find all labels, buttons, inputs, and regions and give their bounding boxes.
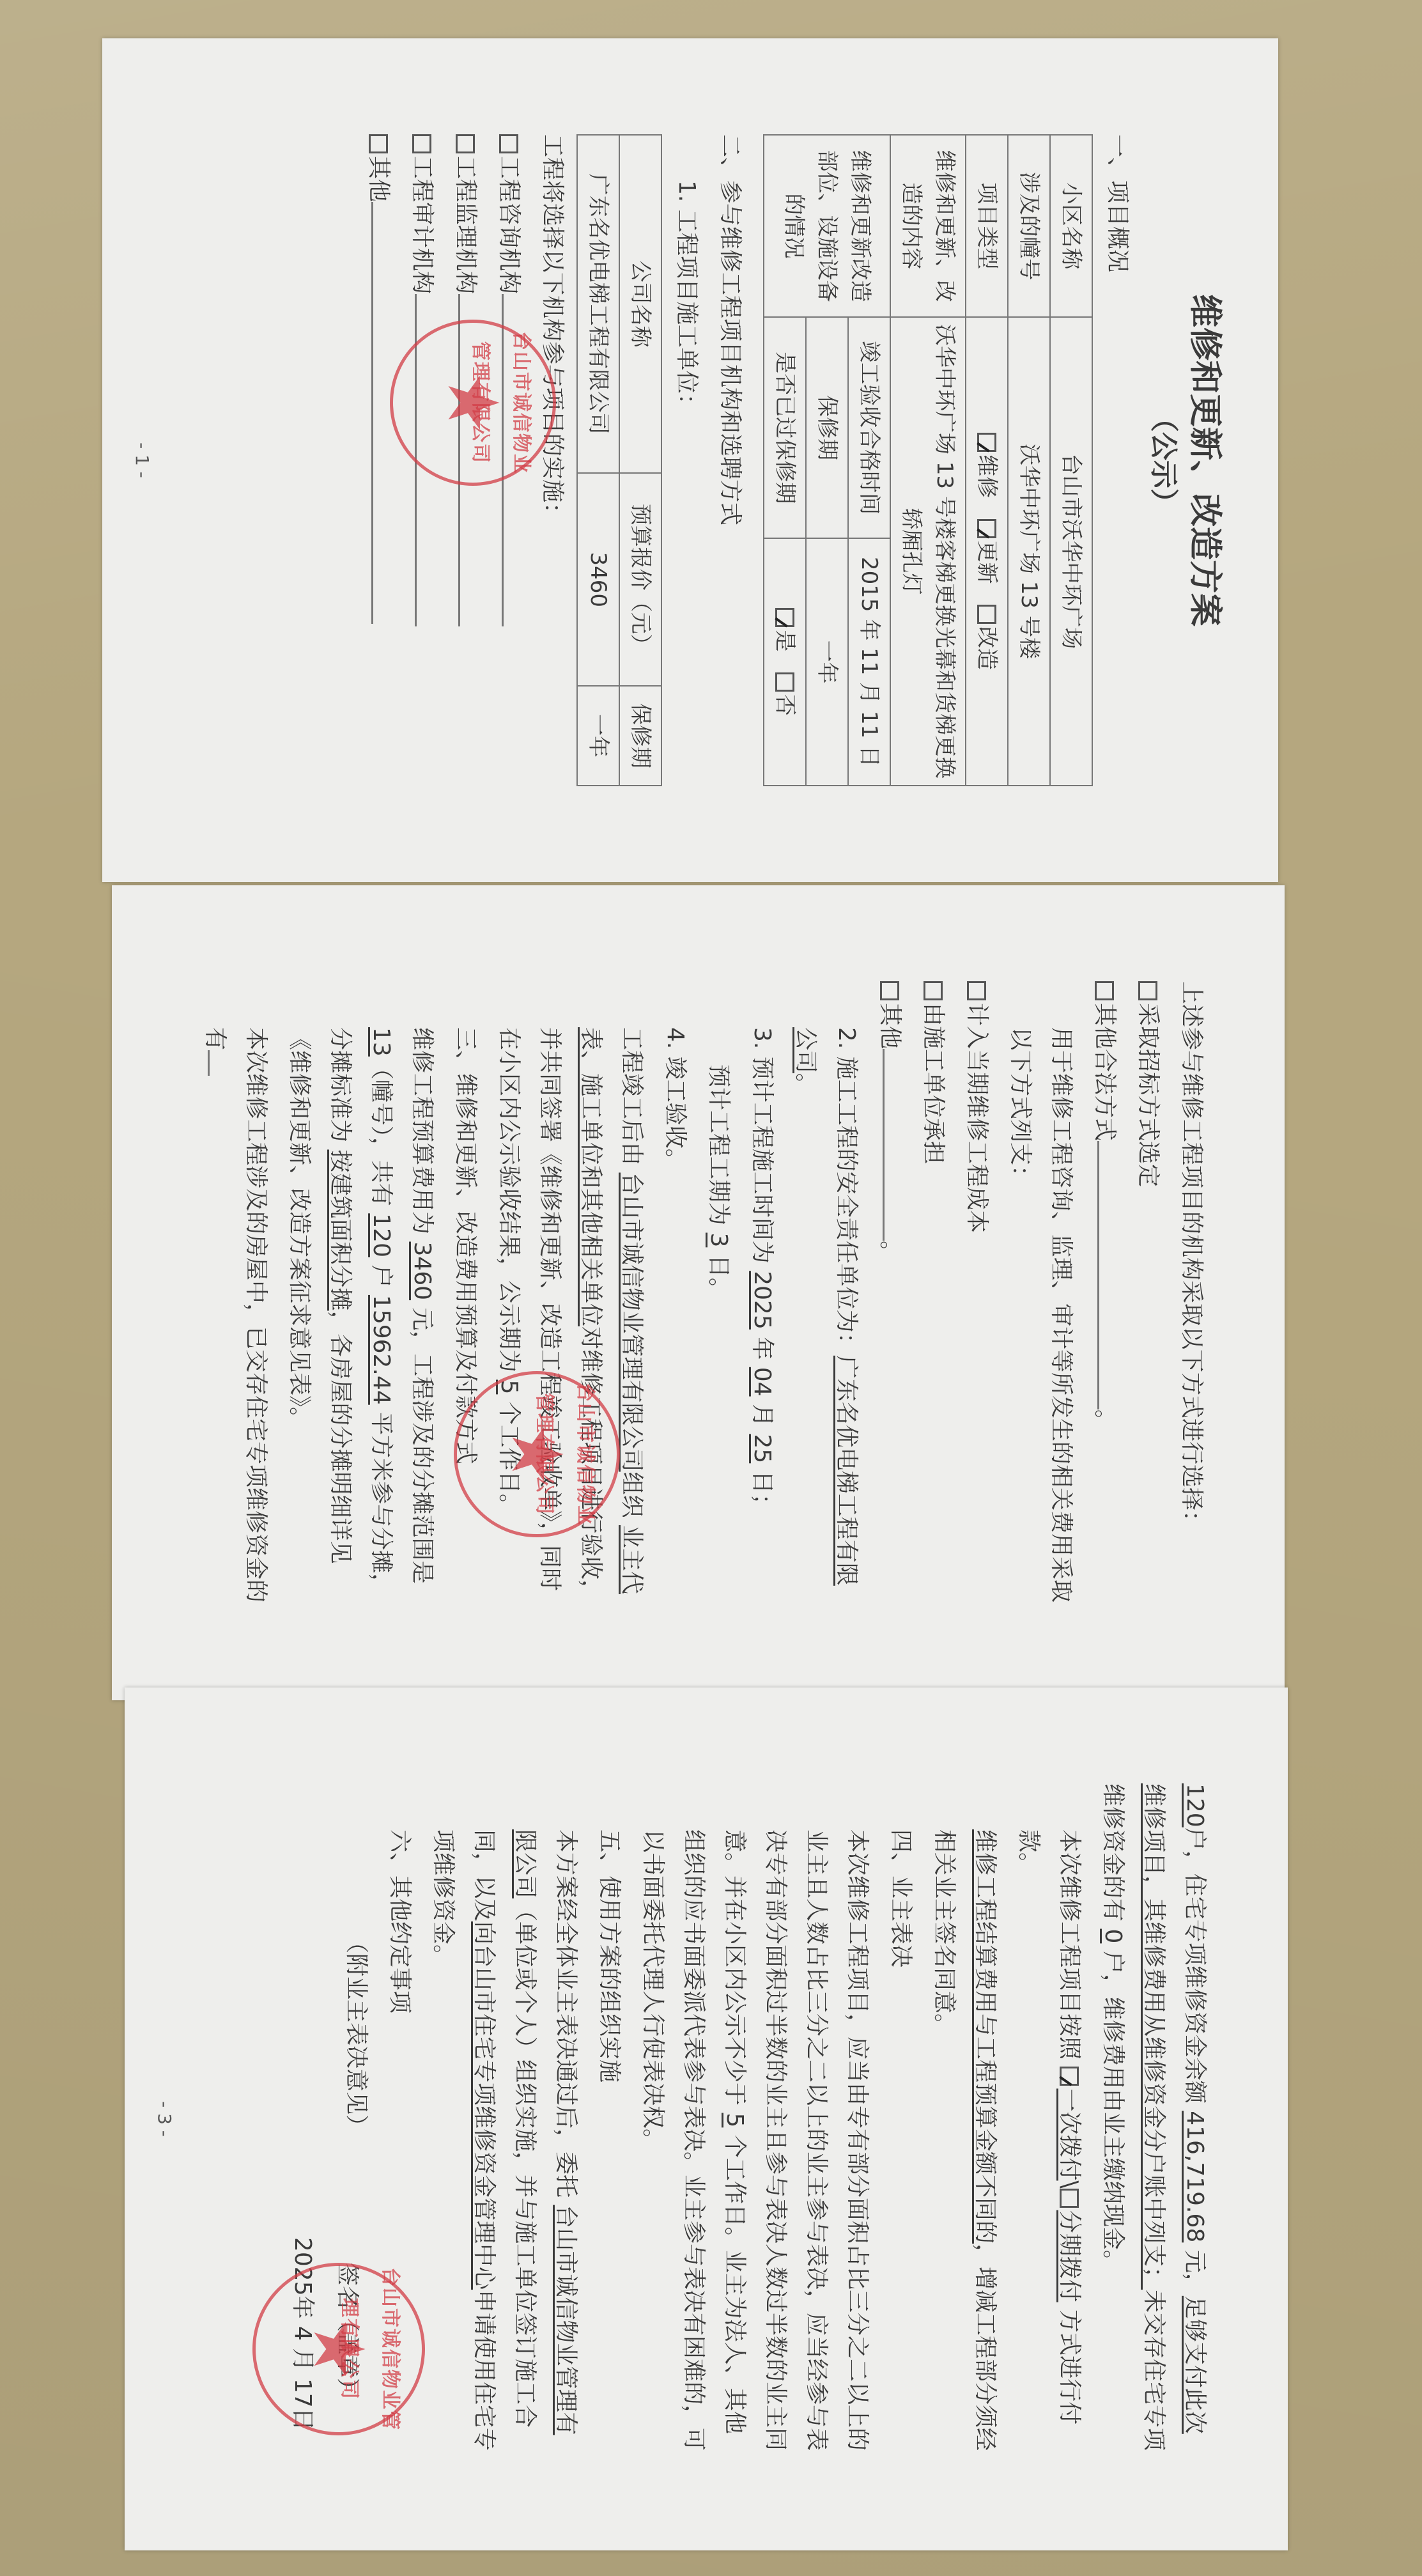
label-acceptance-date: 竣工验收合格时间 (848, 317, 890, 538)
households-count: 120 (368, 1213, 394, 1257)
checkbox-audit[interactable] (412, 134, 431, 153)
document-title: 维修和更新、改造方案 (1182, 134, 1227, 786)
selection-option: 其他合法方式。 (1084, 981, 1125, 1604)
label-community: 小区名称 (1050, 135, 1092, 317)
allocation-standard: 按建筑面积分摊 (327, 1149, 353, 1310)
table-row: 维修和更新、改造的内容 沃华中环广场 13 号楼客梯更换光幕和货梯更换轿厢孔灯 (890, 135, 966, 786)
total-area: 15962.44 (368, 1295, 394, 1405)
blank-line[interactable] (371, 202, 399, 624)
item-3-label: 3. 预计工程施工时间为 (749, 1027, 775, 1264)
checkbox-other[interactable] (369, 134, 388, 153)
section-2-heading: 二、参与维修工程项目机构和选聘方式 (709, 134, 750, 786)
signature-date: 2025年 4 月 17日 (282, 2237, 323, 2431)
text: 元， (1182, 2250, 1208, 2296)
scope-building: 13 (368, 1027, 394, 1057)
option-label: 其他合法方式 (1092, 1003, 1118, 1141)
text: 户 (368, 1264, 394, 1287)
document-subtitle: （公示） (1144, 134, 1182, 786)
checkbox-lump-sum[interactable] (1060, 2067, 1079, 2086)
fund-balance-text: 120户，住宅专项维修资金余额 416,719.68 元，足够支付此次维修项目，… (1092, 1783, 1215, 2455)
header-warranty: 保修期 (619, 686, 661, 786)
acceptance-organizer: 台山市诚信物业管理有限公司 (619, 1172, 645, 1471)
blank-line[interactable] (883, 1049, 910, 1241)
label-content: 维修和更新、改造的内容 (890, 135, 966, 317)
settlement-text: 维修工程结算费用与工程预算金额不同的，增减工程部分须经相关业主签名同意。 (924, 1783, 1005, 2455)
warranty-expired-options: 是 否 (764, 538, 806, 786)
contractor-table: 公司名称 预算报价（元） 保修期 广东名优电梯工程有限公司 3460 一年 (576, 134, 662, 786)
table-header-row: 公司名称 预算报价（元） 保修期 (619, 135, 661, 786)
cell-company: 广东名优电梯工程有限公司 (577, 135, 619, 473)
blank-line (208, 1050, 235, 1076)
fee-intro: 用于维修工程咨询、监理、审计等所发生的相关费用采取以下方式列支： (1000, 981, 1081, 1604)
fee-option: 计入当期维修工程成本 (956, 981, 997, 1604)
agency-item: 工程审计机构 (401, 134, 442, 786)
table-row: 项目类型 维修 更新 改造 (966, 135, 1008, 786)
fee-option: 由施工单位承担 (913, 981, 954, 1604)
value-warranty: 一年 (806, 538, 848, 786)
payment-method: 本次维修工程项目按照 一次拨付\分期拨付 方式进行付款。 (1008, 1783, 1090, 2455)
agency-label: 工程审计机构 (409, 156, 435, 294)
blank-line[interactable] (502, 294, 529, 626)
agency-item: 其他 (358, 134, 399, 786)
checkbox-current-cost[interactable] (967, 981, 986, 1000)
page-2: 上述参与维修工程项目的机构采取以下方式进行选择： 采取招标方式选定 其他合法方式… (112, 885, 1285, 1700)
blank-line[interactable] (458, 294, 486, 626)
value-community: 台山市沃华中环广场 (1050, 317, 1092, 786)
fund-center: 向台山市住宅专项维修资金管理中心 (471, 1921, 497, 2290)
fund-line: 本次维修工程涉及的房屋中，已交存住宅专项维修资金的有 (194, 981, 276, 1604)
section-4-heading: 四、业主表决 (880, 1783, 921, 2455)
section-5-text: 本方案经全体业主表决通过后，委托 台山市诚信物业管理有限公司（单位或个人）组织实… (422, 1783, 586, 2455)
text: 本次维修工程项目按照 (1056, 1829, 1083, 2060)
page-1: 维修和更新、改造方案 （公示） 一、项目概况 小区名称 台山市沃华中环广场 涉及… (102, 38, 1278, 882)
budget-text: 维修工程预算费用为 3460 元，工程涉及的分摊范围是 13（幢号），共有 12… (279, 981, 442, 1604)
blank-line[interactable] (415, 294, 442, 626)
section-6-heading: 六、其他约定事项 (379, 1783, 420, 2455)
selection-intro: 上述参与维修工程项目的机构采取以下方式进行选择： (1171, 981, 1212, 1604)
label-warranty: 保修期 (806, 317, 848, 538)
text: 户，维修费用由业主缴纳现金。 (1100, 1951, 1126, 2273)
start-year: 2025 (749, 1271, 775, 1330)
option-label: 采取招标方式选定 (1135, 1003, 1161, 1187)
item-4-text: 工程竣工后由 台山市诚信物业管理有限公司组织 业主代表、施工单位和其他相关单位对… (488, 981, 652, 1604)
fund-balance: 416,719.68 (1182, 2111, 1208, 2242)
duration-label: 预计工程工期为 (706, 1064, 732, 1225)
label-building: 涉及的幢号 (1008, 135, 1050, 317)
header-budget: 预算报价（元） (619, 473, 661, 686)
settlement-condition: 维修工程结算费用与工程预算金额不同的 (972, 1829, 998, 2244)
agency-item: 工程监理机构 (445, 134, 486, 786)
text: 维修工程预算费用为 (409, 1027, 435, 1234)
duration-unit: 日。 (706, 1255, 732, 1301)
option-label: 否 (772, 694, 798, 716)
table-row: 广东名优电梯工程有限公司 3460 一年 (577, 135, 619, 786)
checkbox-no[interactable] (775, 672, 794, 692)
selection-option: 采取招标方式选定 (1127, 981, 1168, 1604)
duration-value: 3 (706, 1232, 732, 1247)
checkbox-other-legal[interactable] (1095, 981, 1114, 1000)
item-1-label: 1. 工程项目施工单位： (666, 134, 707, 786)
start-day: 25 (749, 1434, 775, 1463)
budget-amount: 3460 (409, 1241, 435, 1300)
checkbox-tender[interactable] (1138, 981, 1157, 1000)
item-3-duration: 预计工程工期为 3 日。 (698, 981, 739, 1604)
item-2-label: 2. 施工工程的安全责任单位为： (833, 1027, 860, 1356)
publicity-days: 5 (722, 2113, 748, 2127)
table-row: 维修和更新改造部位、设施设备的情况 竣工验收合格时间 2015 年 11 月 1… (848, 135, 890, 786)
label-project-type: 项目类型 (966, 135, 1008, 317)
text: 个工作日。 (496, 1402, 522, 1517)
table-row: 小区名称 台山市沃华中环广场 (1050, 135, 1092, 786)
households-unpaid: 0 (1100, 1928, 1126, 1943)
label-warranty-expired: 是否已过保修期 (764, 317, 806, 538)
households-paid: 120 (1182, 1783, 1208, 1827)
checkbox-renew[interactable] (977, 519, 996, 538)
checkbox-consulting[interactable] (499, 134, 518, 153)
item-4-label: 4. 竣工验收。 (654, 981, 695, 1604)
label-equipment: 维修和更新改造部位、设施设备的情况 (764, 135, 890, 317)
option-label: 其他 (877, 1003, 903, 1049)
project-type-options: 维修 更新 改造 (966, 317, 1008, 786)
text: 工程竣工后由 (619, 1027, 645, 1165)
text: 元，工程涉及的分摊范围是 (409, 1308, 435, 1584)
publicity-days: 5 (496, 1379, 522, 1394)
text: 组织 (619, 1471, 645, 1517)
checkbox-repair[interactable] (977, 433, 996, 452)
option-label: 是 (772, 630, 798, 651)
agencies-intro: 工程将选择以下机构参与项目的实施： (532, 134, 573, 786)
cell-warranty: 一年 (577, 686, 619, 786)
checkbox-yes[interactable] (775, 608, 794, 627)
option-label: 改造 (974, 626, 1000, 670)
cell-budget: 3460 (577, 473, 619, 686)
text: 本方案经全体业主表决通过后，委托 (553, 1829, 579, 2198)
checkbox-renovate[interactable] (977, 605, 996, 624)
page-number: - 1 - (121, 38, 162, 882)
agency-item: 工程咨询机构 (488, 134, 529, 786)
agency-label: 工程监理机构 (452, 156, 479, 294)
page-number: - 3 - (144, 1688, 185, 2550)
overview-table: 小区名称 台山市沃华中环广场 涉及的幢号 沃华中环广场 13 号楼 项目类型 维… (763, 134, 1093, 786)
option-label: 更新 (974, 541, 1000, 584)
header-company: 公司名称 (619, 135, 661, 473)
fee-option: 其他。 (869, 981, 910, 1604)
agency-label: 工程咨询机构 (496, 156, 522, 294)
option-label: 分期拨付 (1056, 2210, 1083, 2302)
checkbox-installment[interactable] (1060, 2189, 1079, 2208)
signature-label: 签名（盖章） (327, 2263, 367, 2401)
agency-label: 其他 (366, 156, 392, 202)
value-acceptance-date: 2015 年 11 月 11 日 (848, 538, 890, 786)
section-1-heading: 一、项目概况 (1097, 134, 1138, 786)
item-3: 3. 预计工程施工时间为 2025 年 04 月 25 日； (741, 981, 782, 1604)
item-2: 2. 施工工程的安全责任单位为：广东名优电梯工程有限公司。 (785, 981, 867, 1604)
page-3: 120户，住宅专项维修资金余额 416,719.68 元，足够支付此次维修项目，… (125, 1688, 1288, 2550)
checkbox-fee-other[interactable] (880, 981, 899, 1000)
blank-line[interactable] (1097, 1141, 1125, 1409)
text: 本次维修工程涉及的房屋中，已交存住宅专项维修资金的有 (202, 1027, 269, 1602)
text: 户，住宅专项维修资金余额 (1182, 1827, 1208, 2104)
text: （幢号），共有 (368, 1057, 394, 1206)
option-label: 一次拨付 (1056, 2088, 1083, 2180)
section-3-heading: 三、维修和更新、改造费用预算及付款方式 (445, 981, 486, 1604)
checkbox-supervision[interactable] (456, 134, 475, 153)
value-content: 沃华中环广场 13 号楼客梯更换光幕和货梯更换轿厢孔灯 (890, 317, 966, 786)
option-label: 由施工单位承担 (920, 1003, 947, 1164)
start-month: 04 (749, 1367, 775, 1397)
value-building: 沃华中环广场 13 号楼 (1008, 317, 1050, 786)
option-label: 计入当期维修工程成本 (964, 1003, 990, 1233)
section-5-heading: 五、使用方案的组织实施 (589, 1783, 630, 2455)
checkbox-contractor-bears[interactable] (924, 981, 943, 1000)
table-row: 涉及的幢号 沃华中环广场 13 号楼 (1008, 135, 1050, 786)
option-label: 维修 (974, 454, 1000, 498)
section-4-text: 本次维修工程项目，应当由专有部分面积占比三分之二以上的业主且人数占比三分之二以上… (632, 1783, 877, 2455)
